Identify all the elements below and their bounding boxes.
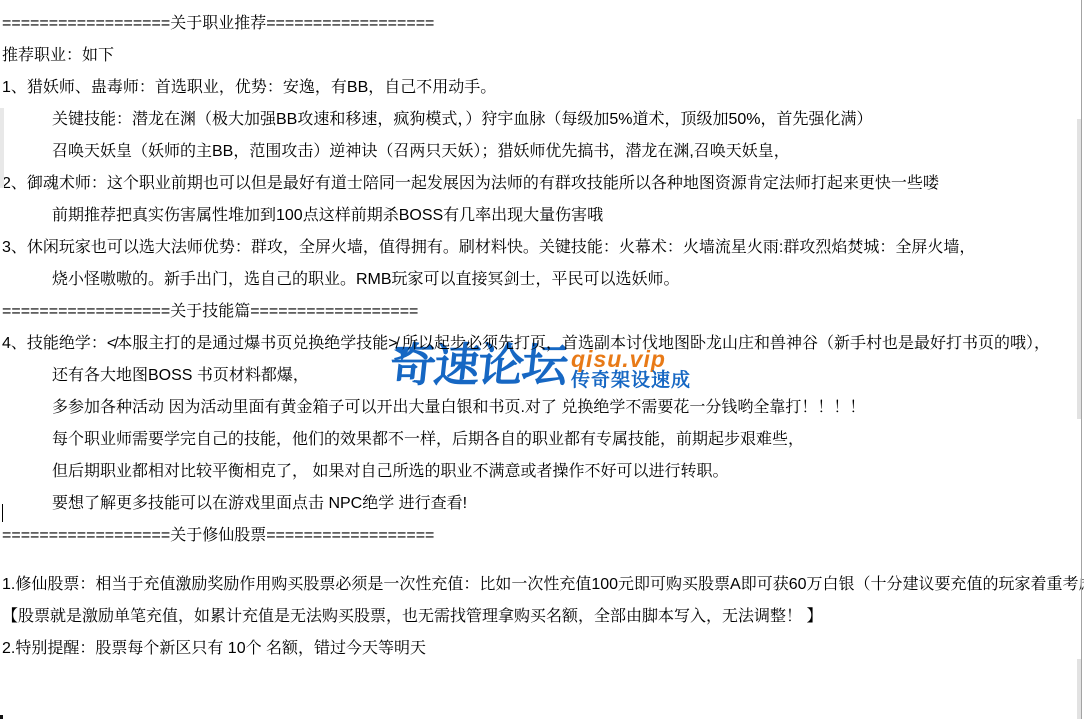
window-right-border bbox=[1081, 0, 1082, 719]
corner-artifact bbox=[0, 715, 3, 719]
scrollbar-thumb-lower[interactable] bbox=[1077, 659, 1081, 719]
text-line: 前期推荐把真实伤害属性堆加到100点这样前期杀BOSS有几率出现大量伤害哦 bbox=[2, 200, 1084, 232]
text-line: 3、休闲玩家也可以选大法师优势：群攻，全屏火墙，值得拥有。刷材料快。关键技能：火… bbox=[2, 232, 1084, 264]
text-line: 4、技能绝学：≮本服主打的是通过爆书页兑换绝学技能≯ 所以起步必须先打页，首选副… bbox=[2, 328, 1084, 360]
blank-line bbox=[2, 552, 1084, 569]
text-line: 2、御魂术师：这个职业前期也可以但是最好有道士陪同一起发展因为法师的有群攻技能所… bbox=[2, 168, 1084, 200]
text-line: ==================关于职业推荐================… bbox=[2, 8, 1084, 40]
text-line: 召唤天妖皇（妖师的主BB，范围攻击）逆神诀（召两只天妖）；猎妖师优先搞书，潜龙在… bbox=[2, 136, 1084, 168]
window-left-border bbox=[0, 108, 4, 188]
text-line: 还有各大地图BOSS 书页材料都爆， bbox=[2, 360, 1084, 392]
text-line: 多参加各种活动 因为活动里面有黄金箱子可以开出大量白银和书页.对了 兑换绝学不需… bbox=[2, 392, 1084, 424]
scrollbar-thumb-upper[interactable] bbox=[1077, 119, 1081, 419]
text-line: 推荐职业：如下 bbox=[2, 40, 1084, 72]
text-line: 烧小怪嗷嗷的。新手出门，选自己的职业。RMB玩家可以直接冥剑士，平民可以选妖师。 bbox=[2, 264, 1084, 296]
text-line: 2.特别提醒：股票每个新区只有 10个 名额，错过今天等明天 bbox=[2, 633, 1084, 665]
text-cursor bbox=[2, 504, 3, 522]
text-line: 关键技能：潜龙在渊（极大加强BB攻速和移速，疯狗模式，）狩宇血脉（每级加5%道术… bbox=[2, 104, 1084, 136]
text-line: 1、猎妖师、蛊毒师：首选职业，优势：安逸，有BB，自己不用动手。 bbox=[2, 72, 1084, 104]
text-line: 要想了解更多技能可以在游戏里面点击 NPC绝学 进行查看! bbox=[2, 488, 1084, 520]
text-line: 1.修仙股票：相当于充值激励奖励作用购买股票必须是一次性充值：比如一次性充值10… bbox=[2, 569, 1084, 601]
text-line: ==================关于修仙股票================… bbox=[2, 520, 1084, 552]
text-line: ==================关于技能篇=================… bbox=[2, 296, 1084, 328]
text-line: 每个职业师需要学完自己的技能，他们的效果都不一样，后期各自的职业都有专属技能，前… bbox=[2, 424, 1084, 456]
text-line: 但后期职业都相对比较平衡相克了， 如果对自己所选的职业不满意或者操作不好可以进行… bbox=[2, 456, 1084, 488]
text-document[interactable]: ==================关于职业推荐================… bbox=[2, 8, 1084, 665]
text-line: 【股票就是激励单笔充值，如累计充值是无法购买股票，也无需找管理拿购买名额，全部由… bbox=[2, 601, 1084, 633]
